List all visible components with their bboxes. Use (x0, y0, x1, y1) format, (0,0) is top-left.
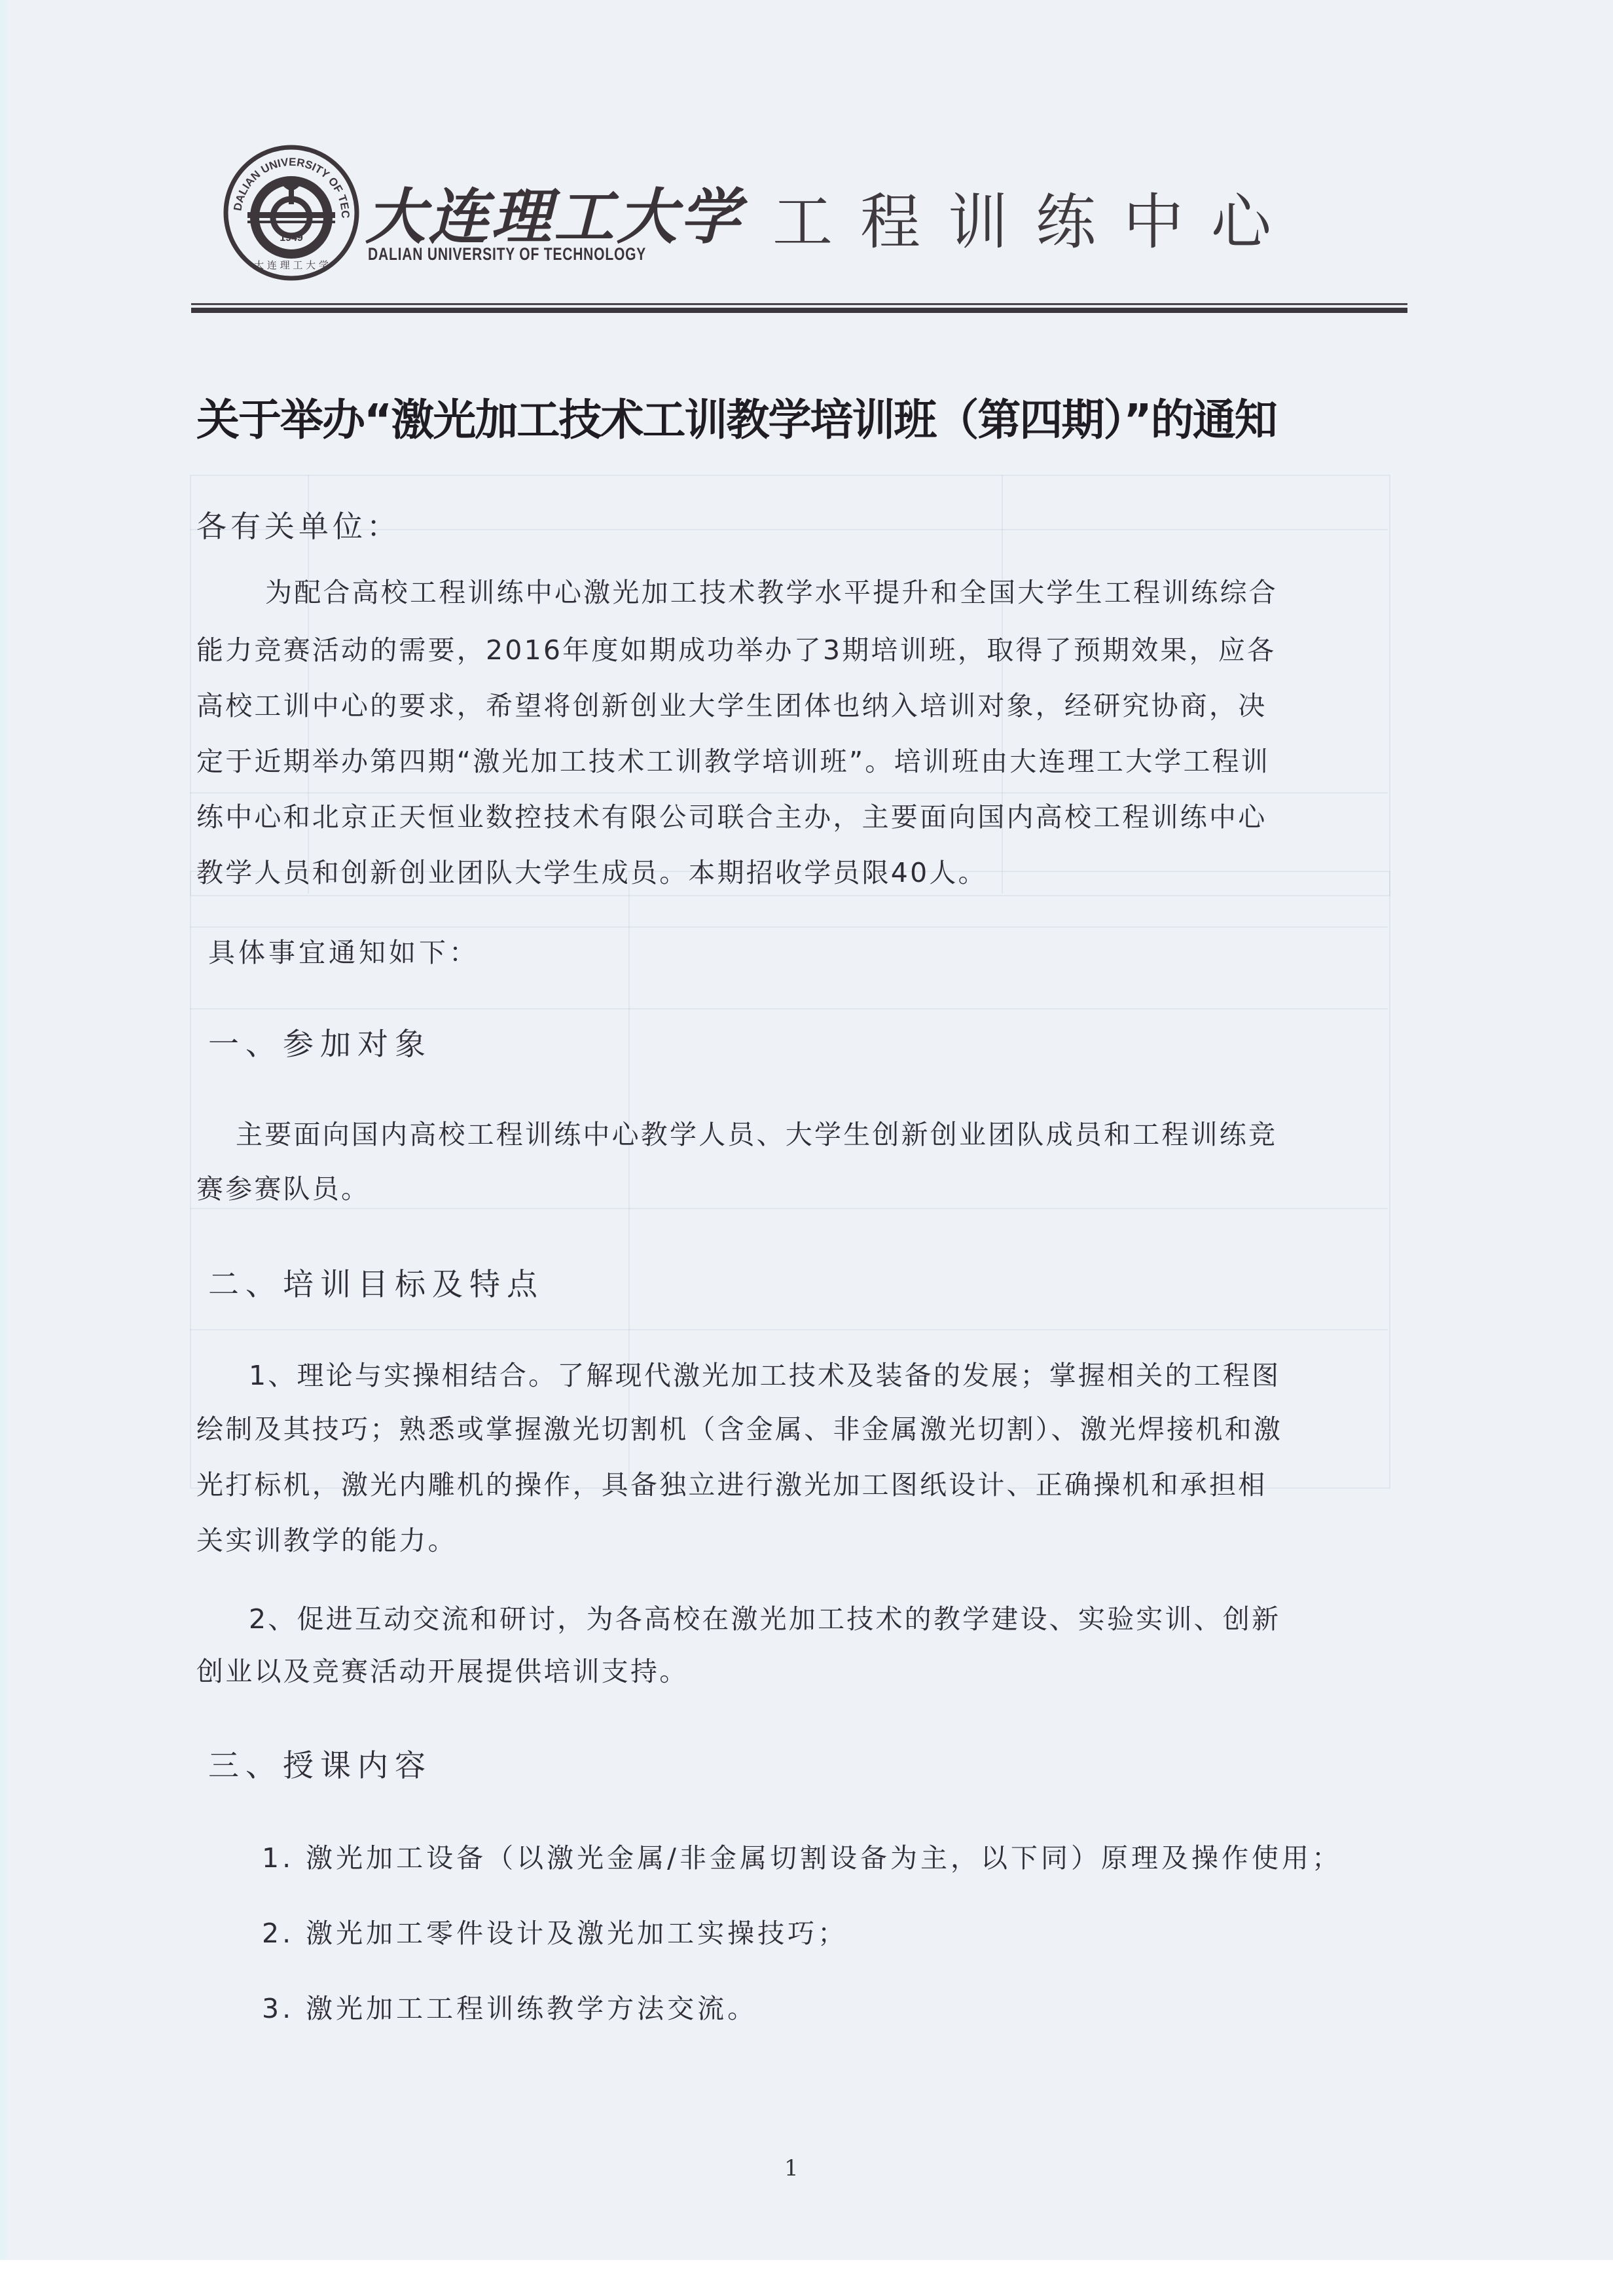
page-number: 1 (784, 2155, 799, 2181)
letterhead: DALIAN UNIVERSITY OF TECHNOLOGY 1949 大 连… (223, 143, 1414, 287)
university-name-cn: 大连理工大学 (365, 169, 742, 255)
document-title: 关于举办“激光加工技术工训教学培训班（第四期）”的通知 (196, 385, 1414, 447)
paragraph-line: 关实训教学的能力。 (196, 1519, 1421, 1558)
department-name: 工程训练中心 (772, 174, 1299, 261)
section-heading-participants: 一、参加对象 (208, 1020, 1432, 1064)
section-heading-content: 三、授课内容 (208, 1741, 1432, 1785)
paragraph-line: 1、理论与实操相结合。了解现代激光加工技术及装备的发展；掌握相关的工程图 (249, 1354, 1473, 1393)
paragraph-line: 2、促进互动交流和研讨，为各高校在激光加工技术的教学建设、实验实训、创新 (249, 1597, 1473, 1636)
scan-edge (0, 0, 9, 2260)
header-rule-thin (191, 303, 1407, 305)
list-item: 2. 激光加工零件设计及激光加工实操技巧； (262, 1912, 1486, 1950)
paragraph-line: 创业以及竞赛活动开展提供培训支持。 (196, 1650, 1421, 1688)
paragraph-line: 光打标机，激光内雕机的操作，具备独立进行激光加工图纸设计、正确操机和承担相 (196, 1463, 1421, 1502)
paragraph-line: 教学人员和创新创业团队大学生成员。本期招收学员限40人。 (196, 851, 1421, 890)
list-item: 1. 激光加工设备（以激光金属/非金属切割设备为主，以下同）原理及操作使用； (262, 1836, 1486, 1875)
salutation: 各有关单位： (196, 503, 1421, 546)
university-seal-icon: DALIAN UNIVERSITY OF TECHNOLOGY 1949 大 连… (223, 144, 360, 282)
paragraph-line: 能力竞赛活动的需要，2016年度如期成功举办了3期培训班，取得了预期效果，应各 (196, 629, 1421, 667)
list-item: 3. 激光加工工程训练教学方法交流。 (262, 1987, 1486, 2026)
paragraph-line: 高校工训中心的要求，希望将创新创业大学生团体也纳入培训对象，经研究协商，决 (196, 684, 1421, 723)
scan-margin (0, 2260, 1613, 2296)
paragraph-line: 绘制及其技巧；熟悉或掌握激光切割机（含金属、非金属激光切割）、激光焊接机和激 (196, 1408, 1421, 1446)
svg-text:1949: 1949 (280, 232, 303, 244)
svg-text:大 连 理 工 大 学: 大 连 理 工 大 学 (254, 259, 329, 271)
details-intro: 具体事宜通知如下： (208, 931, 1432, 970)
paragraph-line: 主要面向国内高校工程训练中心教学人员、大学生创新创业团队成员和工程训练竞 (236, 1113, 1460, 1152)
header-rule-thick (191, 308, 1407, 313)
paragraph-line: 练中心和北京正天恒业数控技术有限公司联合主办，主要面向国内高校工程训练中心 (196, 795, 1421, 834)
paragraph-line: 赛参赛队员。 (196, 1167, 1421, 1206)
paragraph-line: 定于近期举办第四期“激光加工技术工训教学培训班”。培训班由大连理工大学工程训 (196, 740, 1421, 778)
university-name-en: DALIAN UNIVERSITY OF TECHNOLOGY (368, 244, 646, 264)
section-heading-goals: 二、培训目标及特点 (208, 1260, 1432, 1304)
paragraph-line: 为配合高校工程训练中心激光加工技术教学水平提升和全国大学生工程训练综合 (265, 571, 1489, 610)
